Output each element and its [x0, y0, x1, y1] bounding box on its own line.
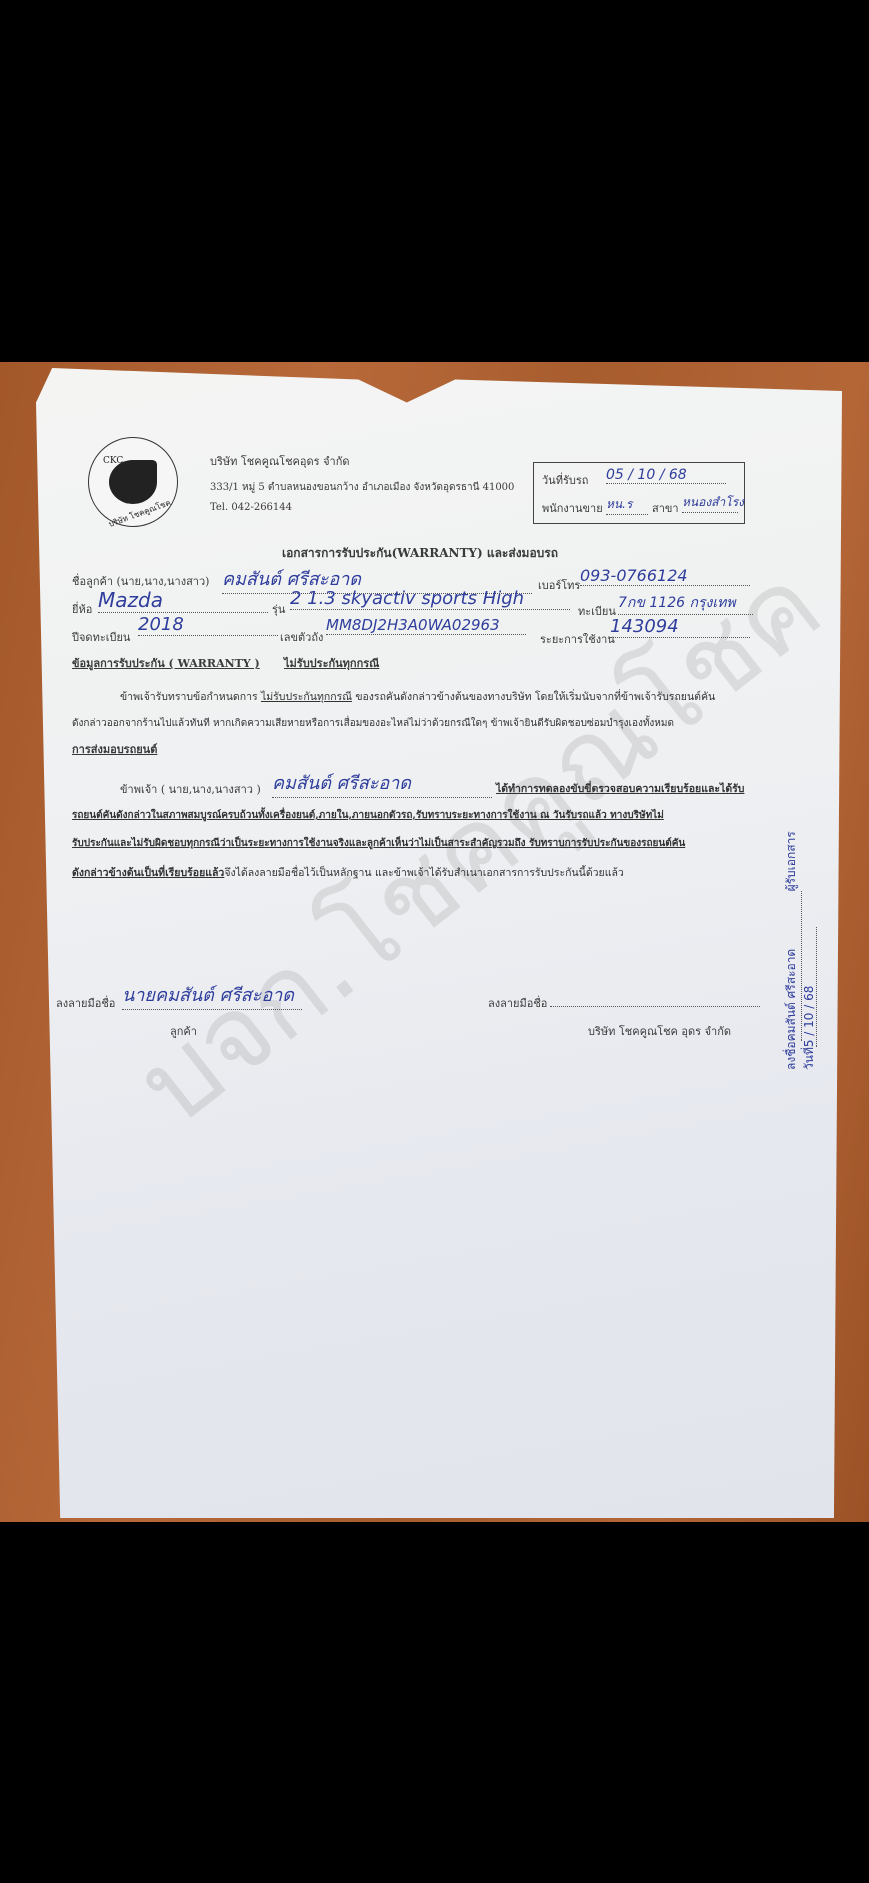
company-caption: บริษัท โชคคูณโชค อุดร จำกัด — [588, 1022, 731, 1040]
pegasus-icon — [109, 460, 157, 504]
model-value: 2 1.3 skyactiv sports High — [290, 588, 570, 610]
salesperson-value: หน.ร — [606, 495, 648, 515]
company-name: บริษัท โชคคูณโชคอุดร จำกัด — [210, 452, 350, 470]
receipt-date-label: วันที่ — [802, 1047, 816, 1070]
mileage-value: 143094 — [610, 616, 750, 638]
delivery-line4: ดังกล่าวข้างต้นเป็นที่เรียบร้อยแล้วจึงได… — [72, 864, 624, 881]
company-sign-label: ลงลายมือชื่อ — [488, 994, 547, 1012]
year-label: ปีจดทะเบียน — [72, 628, 130, 646]
receipt-date-line: วันที่5 / 10 / 68 — [800, 927, 819, 1070]
brand-label: ยี่ห้อ — [72, 600, 92, 618]
chassis-label: เลขตัวถัง — [280, 628, 323, 646]
delivery-lead-value: คมสันต์ ศรีสะอาด — [272, 768, 492, 798]
line4-rest: จึงได้ลงลายมือชื่อไว้เป็นหลักฐาน และข้าพ… — [224, 867, 623, 879]
customer-signature: นายคมสันต์ ศรีสะอาด — [122, 980, 302, 1010]
delivery-line2: รถยนต์คันดังกล่าวในสภาพสมบูรณ์ครบถ้วนทั้… — [72, 808, 664, 823]
delivery-lead-label: ข้าพเจ้า ( นาย,นาง,นางสาว ) — [120, 780, 261, 798]
warranty-heading-value: ไม่รับประกันทุกกรณี — [284, 654, 379, 672]
company-logo: CKC บริษัท โชคคูณโชค — [88, 437, 178, 527]
chassis-value: MM8DJ2H3A0WA02963 — [326, 616, 526, 635]
delivery-line3: รับประกันและไม่รับผิดชอบทุกกรณีว่าเป็นระ… — [72, 836, 685, 851]
para1-prefix: ข้าพเจ้ารับทราบข้อกำหนดการ — [120, 691, 258, 703]
document-title: เอกสารการรับประกัน(WARRANTY) และส่งมอบรถ — [282, 544, 558, 563]
para1-underlined: ไม่รับประกันทุกกรณี — [261, 691, 352, 703]
delivery-heading: การส่งมอบรถยนต์ — [72, 740, 157, 758]
date-value: 05 / 10 / 68 — [606, 467, 726, 484]
branch-label: สาขา — [652, 499, 679, 517]
brand-value: Mazda — [98, 588, 268, 613]
company-address: 333/1 หมู่ 5 ตำบลหนองขอนกว้าง อำเภอเมือง… — [210, 480, 514, 495]
line4-underlined: ดังกล่าวข้างต้นเป็นที่เรียบร้อยแล้ว — [72, 867, 224, 879]
warranty-document — [36, 368, 842, 1518]
company-signature-line — [550, 994, 760, 1007]
year-value: 2018 — [138, 614, 278, 636]
plate-value: 7กข 1126 กรุงเทพ — [618, 592, 753, 615]
logo-text: CKC — [103, 456, 123, 466]
receive-date-box: วันที่รับรถ 05 / 10 / 68 พนักงานขาย หน.ร… — [533, 462, 745, 524]
receipt-role: ผู้รับเอกสาร — [784, 831, 798, 891]
warranty-paragraph-line2: ดังกล่าวออกจากร้านไปแล้วทันที หากเกิดควา… — [72, 716, 674, 731]
receipt-sign-value: คมสันต์ ศรีสะอาด — [782, 891, 802, 1041]
salesperson-label: พนักงานขาย — [542, 499, 603, 517]
phone-value: 093-0766124 — [580, 566, 750, 586]
receipt-sign-label: ลงชื่อ — [784, 1041, 798, 1070]
branch-value: หนองสำโรง — [682, 493, 738, 513]
receipt-date-value: 5 / 10 / 68 — [802, 927, 817, 1047]
customer-sign-label: ลงลายมือชื่อ — [56, 994, 115, 1012]
receipt-sign-line: ลงชื่อคมสันต์ ศรีสะอาดผู้รับเอกสาร — [782, 831, 802, 1070]
mileage-label: ระยะการใช้งาน — [540, 630, 615, 648]
customer-caption: ลูกค้า — [170, 1022, 197, 1040]
warranty-heading: ข้อมูลการรับประกัน ( WARRANTY ) — [72, 654, 260, 672]
warranty-paragraph-line1: ข้าพเจ้ารับทราบข้อกำหนดการ ไม่รับประกันท… — [120, 688, 715, 705]
para1-rest: ของรถคันดังกล่าวข้างต้นของทางบริษัท โดยใ… — [355, 691, 715, 703]
company-tel: Tel. 042-266144 — [210, 502, 292, 513]
delivery-line1-tail: ได้ทำการทดลองขับขี่ตรวจสอบความเรียบร้อยแ… — [496, 780, 744, 797]
date-label: วันที่รับรถ — [542, 471, 588, 489]
